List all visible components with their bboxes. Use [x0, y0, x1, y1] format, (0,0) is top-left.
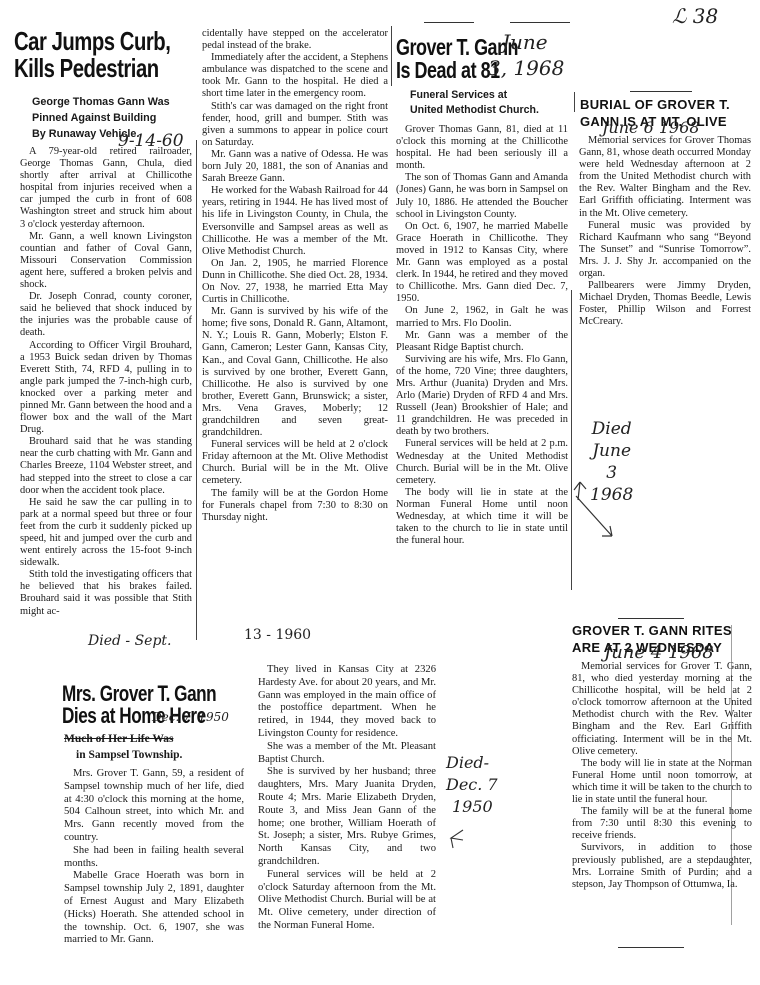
paragraph: Mr. Gann was a member of the Pleasant Ri…	[396, 330, 568, 354]
handwritten-date: 3, 1968	[488, 56, 564, 80]
handwritten-date: June	[502, 30, 548, 54]
column-rule	[574, 92, 575, 112]
paragraph: A 79-year-old retired railroader, George…	[20, 146, 192, 231]
paragraph: Grover Thomas Gann, 81, died at 11 o'clo…	[396, 124, 568, 172]
headline-line: Car Jumps Curb,	[14, 28, 217, 55]
paragraph: Funeral services will be held at 2 o'clo…	[258, 869, 436, 933]
article-car-jumps-curb: Car Jumps Curb, Kills Pedestrian	[14, 28, 214, 81]
column-rule	[196, 140, 197, 640]
deck-line: Funeral Services at	[410, 88, 575, 103]
article-deck: Much of Her Life Was in Sampsel Township…	[64, 731, 234, 763]
note-line: 1950	[446, 796, 498, 818]
handwritten-date: Dec. 7, 1950	[152, 710, 229, 724]
deck-line: Pinned Against Building	[32, 110, 202, 126]
divider	[618, 947, 684, 948]
paragraph: She is survived by her husband; three da…	[258, 766, 436, 868]
paragraph: Stith's car was damaged on the right fro…	[202, 101, 388, 149]
paragraph: Immediately after the accident, a Stephe…	[202, 52, 388, 100]
arrow-icon	[447, 828, 467, 850]
divider	[630, 91, 692, 92]
divider	[510, 22, 570, 23]
paragraph: Funeral services will be held at 2 o'clo…	[202, 439, 388, 487]
deck-line: United Methodist Church.	[410, 103, 575, 118]
paragraph: Mabelle Grace Hoerath was born in Sampse…	[64, 870, 244, 947]
paragraph: On Jan. 2, 1905, he married Florence Dun…	[202, 258, 388, 306]
article-deck: Funeral Services at United Methodist Chu…	[410, 88, 575, 118]
deck-line: Much of Her Life Was	[64, 731, 234, 747]
paragraph: The body will lie in state at the Norman…	[396, 487, 568, 547]
note-line: Died	[590, 418, 633, 440]
divider	[424, 22, 474, 23]
article-body-continued: cidentally have stepped on the accelerat…	[202, 28, 388, 524]
paragraph: On Oct. 6, 1907, he married Mabelle Grac…	[396, 221, 568, 306]
paragraph: Mrs. Grover T. Gann, 59, a resident of S…	[64, 768, 244, 845]
handwritten-date: June 4 1968	[604, 642, 714, 663]
paragraph: Survivors, in addition to those previous…	[572, 842, 752, 890]
deck-line: in Sampsel Township.	[64, 747, 234, 763]
handwritten-died-note-year: 13 - 1960	[244, 627, 311, 643]
paragraph: They lived in Kansas City at 2326 Hardes…	[258, 664, 436, 741]
paragraph: She was a member of the Mt. Pleasant Bap…	[258, 741, 436, 767]
paragraph: Stith told the investigating officers th…	[20, 569, 192, 617]
headline-line: Mrs. Grover T. Gann	[62, 683, 218, 705]
divider	[618, 618, 684, 619]
article-body: A 79-year-old retired railroader, George…	[20, 146, 192, 618]
paragraph: Memorial services for Grover Thomas Gann…	[579, 135, 751, 220]
paragraph: Brouhard said that he was standing near …	[20, 436, 192, 496]
note-line: Died-	[446, 752, 498, 774]
article-body-continued: They lived in Kansas City at 2326 Hardes…	[258, 664, 436, 933]
paragraph: According to Officer Virgil Brouhard, a …	[20, 340, 192, 437]
paragraph: Mr. Gann was a native of Odessa. He was …	[202, 149, 388, 185]
column-rule	[731, 625, 732, 925]
paragraph: On June 2, 1962, in Galt he was married …	[396, 305, 568, 329]
margin-note-died-dec: Died- Dec. 7 1950	[446, 752, 498, 818]
paragraph: The family will be at the Gordon Home fo…	[202, 488, 388, 524]
paragraph: Dr. Joseph Conrad, county coroner, said …	[20, 291, 192, 339]
paragraph: The family will be at the funeral home f…	[572, 806, 752, 842]
arrow-icon	[570, 480, 620, 560]
paragraph: Mr. Gann, a well known Livingston counti…	[20, 231, 192, 291]
article-headline: Car Jumps Curb, Kills Pedestrian	[14, 28, 217, 81]
deck-line: George Thomas Gann Was	[32, 94, 202, 110]
paragraph: He said he saw the car pulling in to par…	[20, 497, 192, 570]
page-number-note: ℒ 38	[672, 4, 718, 28]
paragraph: He worked for the Wabash Railroad for 44…	[202, 185, 388, 258]
article-body: Memorial services for Grover T. Gann, 81…	[572, 661, 752, 891]
headline-line: GROVER T. GANN RITES	[572, 622, 757, 639]
note-line: Dec. 7	[446, 774, 498, 796]
handwritten-died-note: Died - Sept.	[88, 633, 172, 649]
paragraph: Pallbearers were Jimmy Dryden, Michael D…	[579, 280, 751, 328]
column-rule	[391, 26, 392, 86]
paragraph: Memorial services for Grover T. Gann, 81…	[572, 661, 752, 758]
headline-line: Kills Pedestrian	[14, 55, 217, 82]
paragraph: She had been in failing health several m…	[64, 845, 244, 871]
paragraph: Funeral music was provided by Richard Ka…	[579, 220, 751, 280]
article-body: Grover Thomas Gann, 81, died at 11 o'clo…	[396, 124, 568, 547]
paragraph: Surviving are his wife, Mrs. Flo Gann, o…	[396, 354, 568, 439]
paragraph: cidentally have stepped on the accelerat…	[202, 28, 388, 52]
paragraph: The body will lie in state at the Norman…	[572, 758, 752, 806]
paragraph: The son of Thomas Gann and Amanda (Jones…	[396, 172, 568, 220]
headline-line: BURIAL OF GROVER T.	[580, 96, 760, 113]
paragraph: Funeral services will be held at 2 p.m. …	[396, 438, 568, 486]
paragraph: Mr. Gann is survived by his wife of the …	[202, 306, 388, 439]
note-line: June	[590, 440, 633, 462]
article-body: Memorial services for Grover Thomas Gann…	[579, 135, 751, 329]
article-body: Mrs. Grover T. Gann, 59, a resident of S…	[64, 768, 244, 947]
